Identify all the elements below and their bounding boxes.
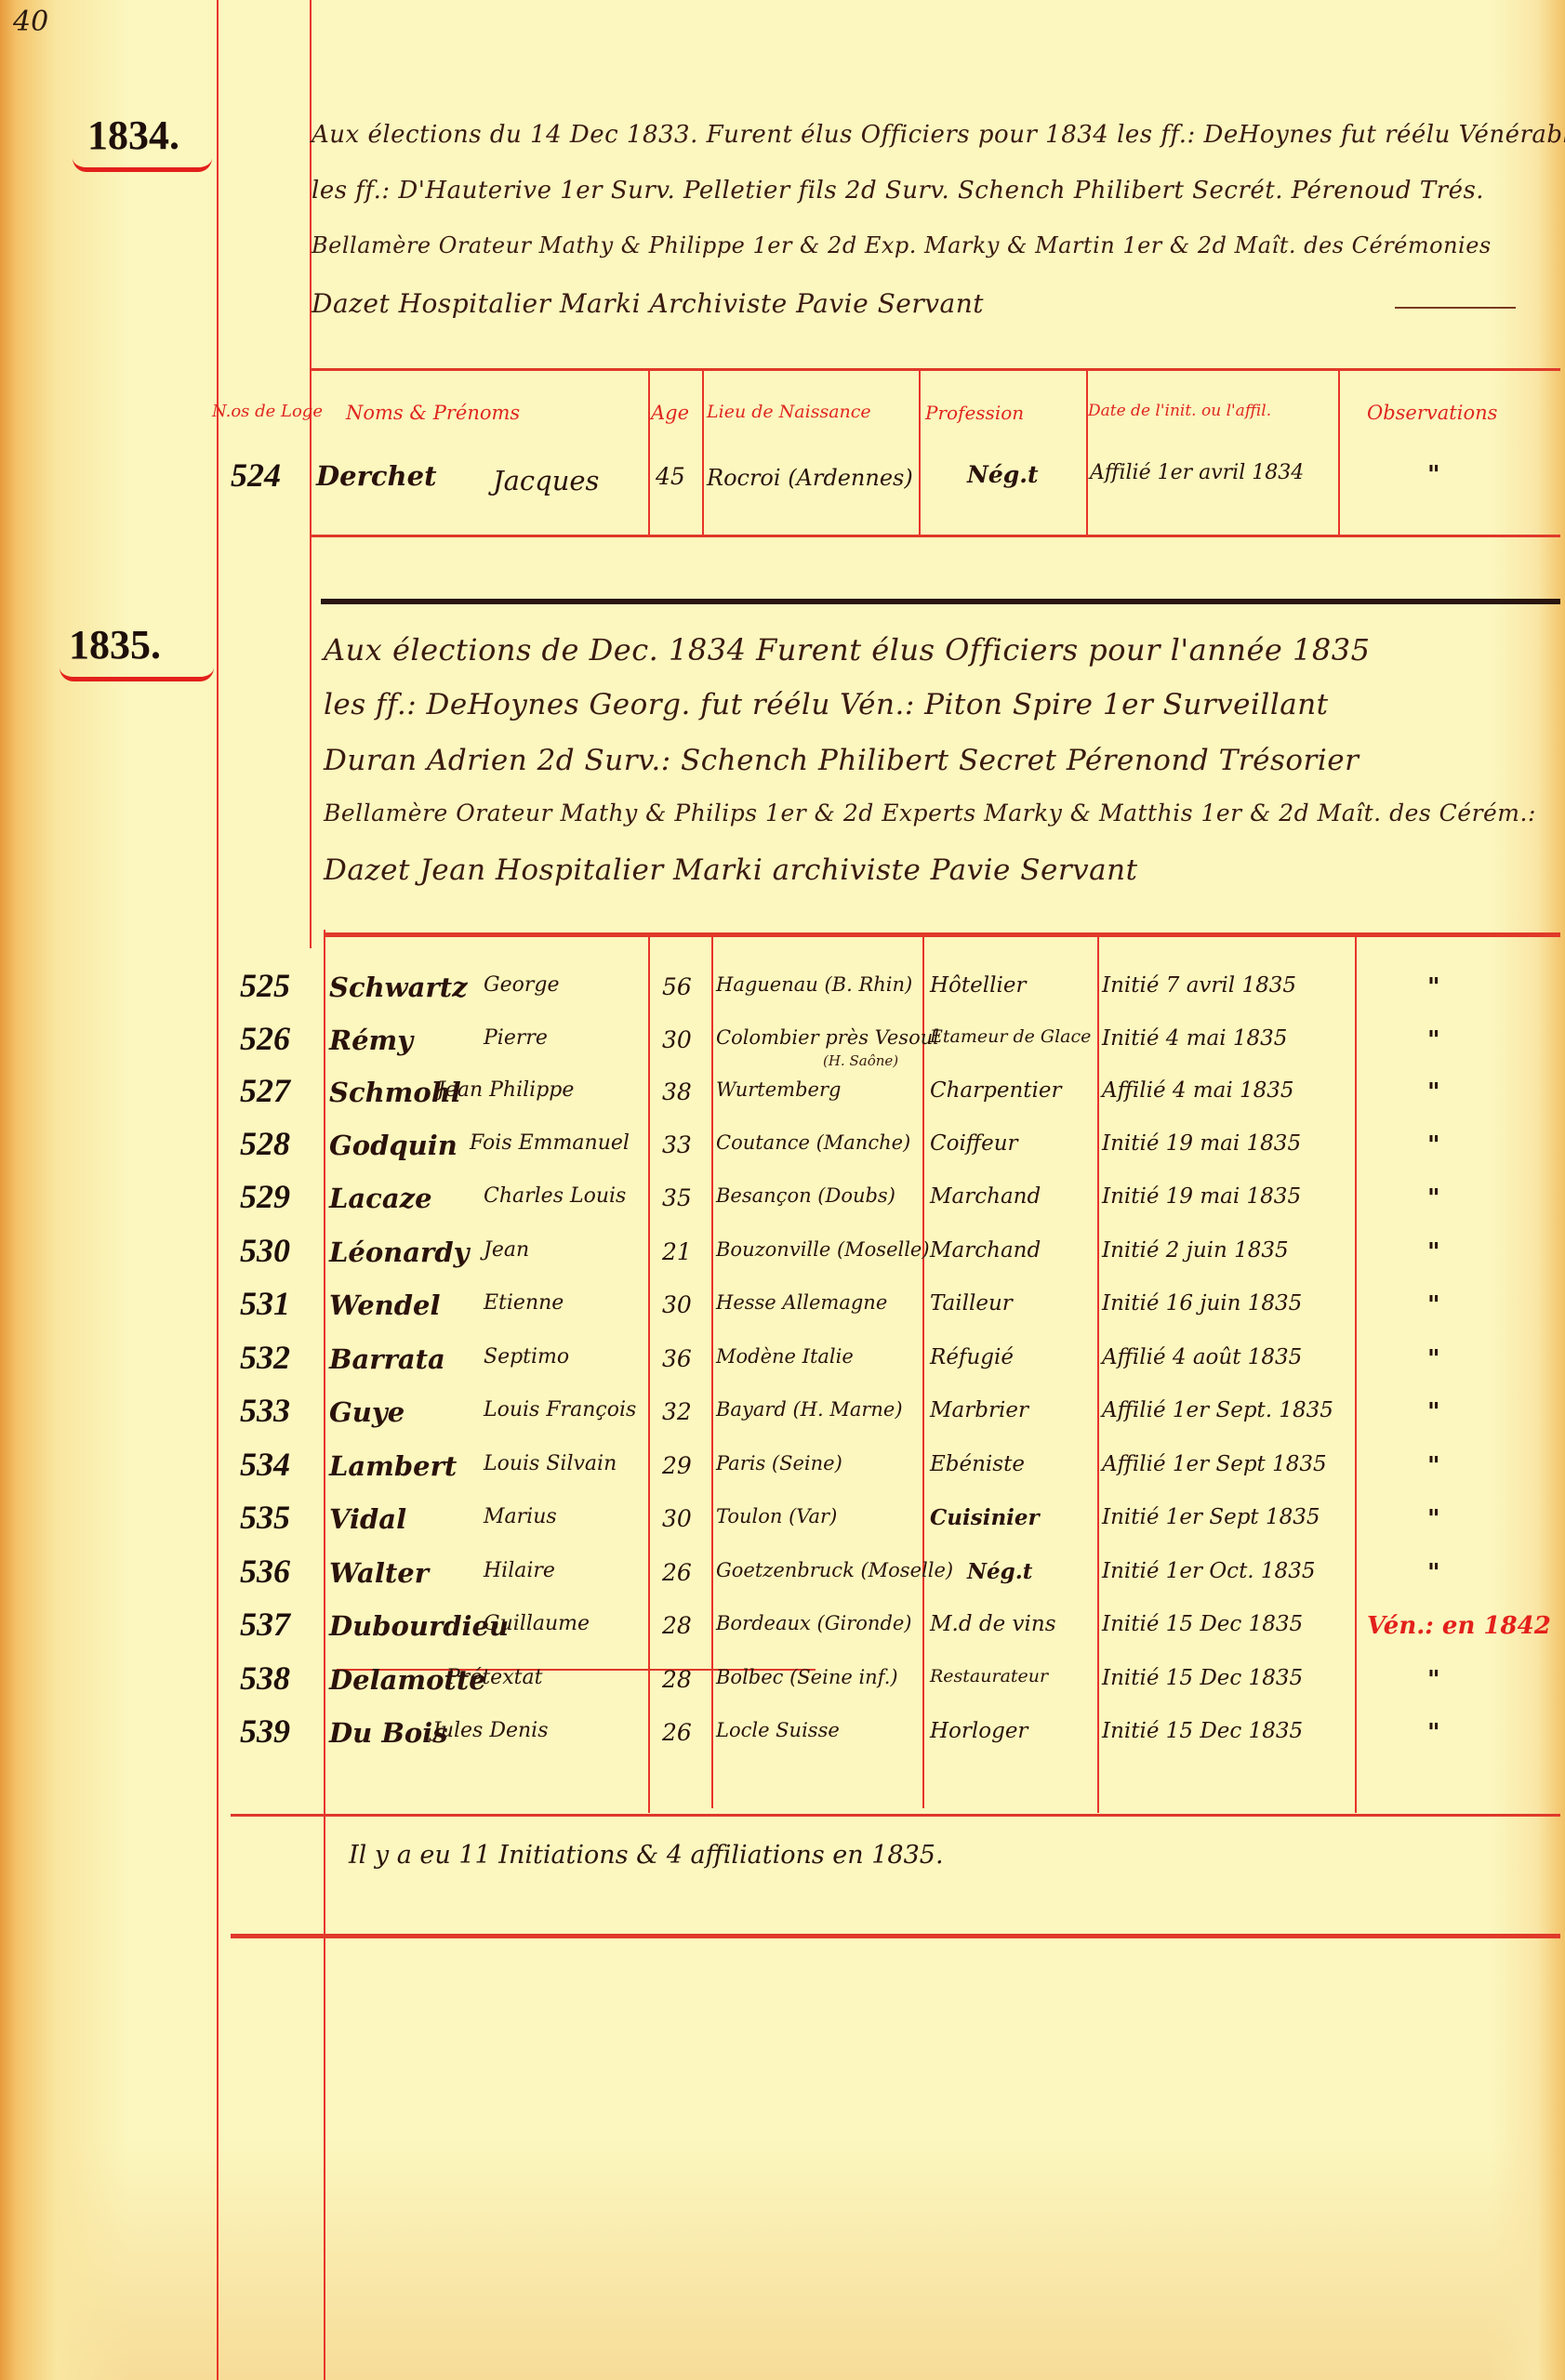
init-date: Affilié 1er Sept. 1835	[1102, 1398, 1333, 1422]
birthplace: Rocroi (Ardennes)	[707, 465, 913, 491]
summary-bottom-rule	[231, 1934, 1560, 1938]
profession: Cuisinier	[930, 1505, 1040, 1530]
birthplace: Wurtemberg	[716, 1078, 841, 1101]
profession: Horloger	[930, 1719, 1028, 1743]
init-date: Initié 4 mai 1835	[1102, 1026, 1287, 1051]
col-rule	[648, 368, 650, 537]
col-rule	[702, 368, 704, 537]
profession: Etameur de Glace	[930, 1026, 1091, 1047]
lodge-number: 534	[240, 1445, 290, 1484]
header-profession: Profession	[925, 402, 1024, 424]
birthplace: Coutance (Manche)	[716, 1131, 910, 1154]
election-end-dash	[1395, 307, 1516, 309]
profession: Marchand	[930, 1238, 1041, 1263]
profession: Marchand	[930, 1184, 1041, 1209]
lodge-number: 533	[240, 1391, 290, 1430]
given-name: Jules Denis	[432, 1719, 548, 1742]
surname: Vidal	[329, 1503, 406, 1535]
lodge-number: 525	[240, 966, 290, 1005]
col-rule	[922, 934, 924, 1808]
age: 21	[662, 1238, 692, 1265]
observation: "	[1427, 1131, 1440, 1159]
init-date: Affilié 1er avril 1834	[1090, 461, 1304, 484]
election-line-2: les ff.: D'Hauterive 1er Surv. Pelletier…	[312, 177, 1484, 205]
surname: Rémy	[329, 1025, 413, 1056]
surname: Wendel	[329, 1289, 440, 1321]
init-date: Initié 19 mai 1835	[1102, 1131, 1301, 1156]
observation: "	[1427, 1078, 1440, 1106]
col-rule	[711, 934, 713, 1808]
observation: "	[1427, 1291, 1440, 1319]
lodge-number: 538	[240, 1659, 290, 1698]
given-name: Prétextat	[446, 1666, 542, 1689]
birthplace: Besançon (Doubs)	[716, 1184, 895, 1207]
age: 38	[662, 1078, 692, 1105]
birthplace: Bolbec (Seine inf.)	[716, 1666, 898, 1688]
age: 26	[662, 1559, 692, 1586]
given-name: Louis François	[484, 1398, 636, 1421]
lodge-number: 535	[240, 1498, 290, 1537]
init-date: Initié 16 juin 1835	[1102, 1291, 1302, 1316]
surname: Lambert	[329, 1450, 457, 1482]
profession: Marbrier	[930, 1398, 1028, 1422]
given-name: Hilaire	[484, 1559, 555, 1582]
table-1834-bottom-rule	[310, 535, 1560, 537]
lodge-number: 539	[240, 1712, 290, 1751]
age: 35	[662, 1184, 692, 1211]
lodge-number: 529	[240, 1177, 290, 1216]
header-birthplace: Lieu de Naissance	[707, 402, 871, 422]
birthplace: Haguenau (B. Rhin)	[716, 973, 912, 996]
lodge-number: 532	[240, 1338, 290, 1377]
surname: Derchet	[316, 460, 436, 492]
col-rule	[1338, 368, 1340, 537]
age: 28	[662, 1612, 692, 1639]
birthplace: Goetzenbruck (Moselle)	[716, 1559, 953, 1581]
birthplace: Bouzonville (Moselle)	[716, 1238, 930, 1261]
summary-line: Il y a eu 11 Initiations & 4 affiliation…	[349, 1841, 944, 1870]
age: 26	[662, 1719, 692, 1746]
observation: "	[1427, 973, 1440, 1001]
given-name: Fois Emmanuel	[470, 1131, 630, 1155]
page-number: 40	[13, 6, 48, 38]
given-name: Louis Silvain	[484, 1452, 617, 1475]
table-1834-top-rule	[310, 368, 1560, 371]
margin-rule-left	[217, 0, 219, 2380]
lodge-number: 537	[240, 1605, 290, 1644]
age: 56	[662, 973, 692, 1000]
election-line-3: Duran Adrien 2d Surv.: Schench Philibert…	[324, 744, 1359, 777]
header-age: Age	[651, 402, 689, 424]
election-line-4: Dazet Hospitalier Marki Archiviste Pavie…	[312, 288, 984, 319]
header-observations: Observations	[1367, 402, 1497, 424]
profession: Coiffeur	[930, 1131, 1018, 1156]
profession: Charpentier	[930, 1078, 1061, 1103]
surname: Lacaze	[329, 1183, 432, 1214]
age: 28	[662, 1666, 692, 1693]
observation: "	[1427, 1184, 1440, 1212]
init-date: Affilié 1er Sept 1835	[1102, 1452, 1327, 1476]
profession: Restaurateur	[930, 1666, 1048, 1686]
observation: "	[1427, 1026, 1440, 1054]
given-name: Etienne	[484, 1291, 564, 1315]
init-date: Initié 1er Oct. 1835	[1102, 1559, 1315, 1583]
margin-rule-right-lower	[324, 930, 325, 2380]
init-date: Initié 15 Dec 1835	[1102, 1612, 1303, 1636]
init-date: Affilié 4 mai 1835	[1102, 1078, 1294, 1103]
init-date: Initié 15 Dec 1835	[1102, 1666, 1303, 1690]
col-rule	[648, 934, 650, 1813]
profession: Nég.t	[967, 1559, 1032, 1584]
observation: Vén.: en 1842	[1367, 1612, 1551, 1640]
age: 30	[662, 1291, 692, 1318]
observation: "	[1427, 1505, 1440, 1533]
surname: Barrata	[329, 1343, 445, 1375]
age: 45	[656, 463, 685, 490]
observation: "	[1427, 461, 1440, 489]
age: 33	[662, 1131, 692, 1158]
observation: "	[1427, 1398, 1440, 1426]
election-line-1: Aux élections du 14 Dec 1833. Furent élu…	[312, 121, 1565, 149]
age: 32	[662, 1398, 692, 1425]
col-rule	[919, 368, 921, 537]
profession: Tailleur	[930, 1291, 1013, 1316]
year-heading-1835: 1835.	[69, 621, 161, 668]
given-name: Guillaume	[484, 1612, 590, 1635]
year-heading-1834: 1834.	[87, 112, 179, 159]
given-name: Jacques	[493, 465, 599, 496]
lodge-number: 527	[240, 1071, 290, 1110]
lodge-number: 526	[240, 1019, 290, 1058]
election-line-5: Dazet Jean Hospitalier Marki archiviste …	[324, 853, 1138, 887]
init-date: Initié 7 avril 1835	[1102, 973, 1296, 998]
given-name: Charles Louis	[484, 1184, 626, 1208]
given-name: Pierre	[484, 1026, 548, 1050]
header-names: Noms & Prénoms	[346, 402, 520, 424]
profession: M.d de vins	[930, 1612, 1056, 1636]
init-date: Initié 1er Sept 1835	[1102, 1505, 1320, 1529]
birthplace: Bayard (H. Marne)	[716, 1398, 903, 1421]
observation: "	[1427, 1452, 1440, 1480]
lodge-number: 524	[231, 456, 281, 495]
col-rule	[1086, 368, 1088, 537]
lodge-number: 536	[240, 1552, 290, 1591]
age: 29	[662, 1452, 692, 1479]
birthplace: Locle Suisse	[716, 1719, 840, 1741]
profession: Ebéniste	[930, 1452, 1025, 1476]
age: 30	[662, 1505, 692, 1532]
election-line-3: Bellamère Orateur Mathy & Philippe 1er &…	[312, 232, 1492, 258]
birthplace-sub: (H. Saône)	[823, 1052, 898, 1069]
given-name: Jean Philippe	[437, 1078, 574, 1102]
election-line-4: Bellamère Orateur Mathy & Philips 1er & …	[324, 800, 1536, 826]
init-date: Initié 2 juin 1835	[1102, 1238, 1289, 1263]
age: 30	[662, 1026, 692, 1053]
profession: Réfugié	[930, 1345, 1014, 1369]
col-rule	[1097, 934, 1099, 1813]
lodge-number: 528	[240, 1124, 290, 1163]
profession: Hôtellier	[930, 973, 1026, 998]
lodge-number: 530	[240, 1231, 290, 1270]
profession: Nég.t	[967, 461, 1039, 488]
surname: Léonardy	[329, 1236, 469, 1268]
table-1835-top-rule	[324, 932, 1560, 937]
given-name: Jean	[484, 1238, 529, 1262]
surname: Walter	[329, 1557, 429, 1589]
surname: Dubourdieu	[329, 1610, 509, 1642]
init-date: Initié 15 Dec 1835	[1102, 1719, 1303, 1743]
init-date: Initié 19 mai 1835	[1102, 1184, 1301, 1209]
election-line-2: les ff.: DeHoynes Georg. fut réélu Vén.:…	[324, 688, 1329, 721]
given-name: George	[484, 973, 559, 997]
lodge-number: 531	[240, 1284, 290, 1323]
observation: "	[1427, 1559, 1440, 1587]
given-name: Septimo	[484, 1345, 569, 1368]
surname: Du Bois	[329, 1717, 448, 1749]
surname: Schwartz	[329, 972, 468, 1003]
surname: Guye	[329, 1396, 405, 1428]
section-separator	[321, 599, 1560, 604]
year-brace-1835	[60, 668, 214, 681]
election-line-1: Aux élections de Dec. 1834 Furent élus O…	[324, 632, 1370, 668]
observation: "	[1427, 1719, 1440, 1747]
observation: "	[1427, 1238, 1440, 1266]
header-date: Date de l'init. ou l'affil.	[1088, 402, 1271, 420]
col-rule	[1355, 934, 1357, 1813]
surname: Godquin	[329, 1130, 458, 1161]
birthplace: Paris (Seine)	[716, 1452, 842, 1474]
birthplace: Modène Italie	[716, 1345, 854, 1368]
header-lodge-number: N.os de Loge	[212, 402, 323, 421]
observation: "	[1427, 1666, 1440, 1694]
age: 36	[662, 1345, 692, 1372]
year-brace-1834	[73, 158, 212, 172]
birthplace: Colombier près Vesoul	[716, 1026, 939, 1049]
birthplace: Toulon (Var)	[716, 1505, 837, 1527]
init-date: Affilié 4 août 1835	[1102, 1345, 1302, 1369]
table-1835-bottom-rule	[231, 1814, 1560, 1817]
observation: "	[1427, 1345, 1440, 1373]
birthplace: Hesse Allemagne	[716, 1291, 887, 1314]
given-name: Marius	[484, 1505, 557, 1528]
birthplace: Bordeaux (Gironde)	[716, 1612, 912, 1634]
